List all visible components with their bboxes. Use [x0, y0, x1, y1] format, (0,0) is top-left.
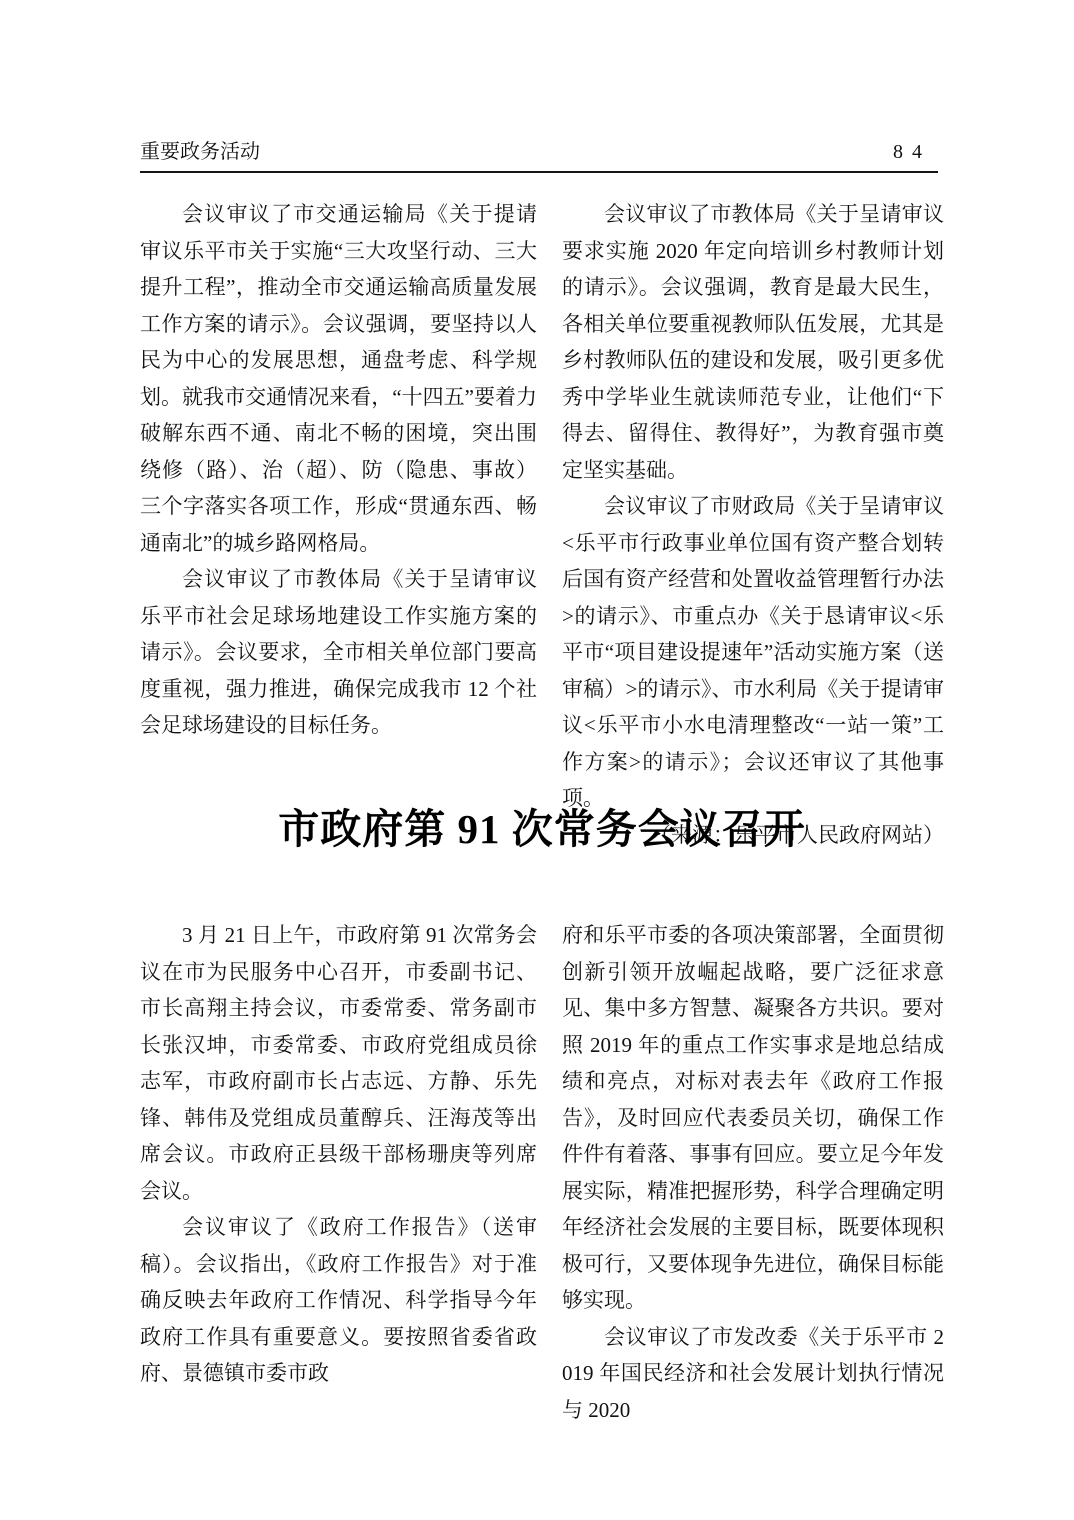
paragraph: 会议审议了市发改委《关于乐平市 2019 年国民经济和社会发展计划执行情况与 2… — [562, 1319, 944, 1429]
paragraph: 会议审议了市教体局《关于呈请审议乐平市社会足球场地建设工作实施方案的请示》。会议… — [140, 561, 537, 744]
body-right-column: 府和乐平市委的各项决策部署，全面贯彻创新引领开放崛起战略，要广泛征求意见、集中多… — [562, 917, 944, 1428]
paragraph: 会议审议了市财政局《关于呈请审议<乐平市行政事业单位国有资产整合划转后国有资产经… — [562, 488, 944, 817]
article-top-columns: 会议审议了市交通运输局《关于提请审议乐平市关于实施“三大攻坚行动、三大提升工程”… — [140, 196, 944, 853]
section-label: 重要政务活动 — [140, 141, 260, 164]
paragraph: 会议审议了市交通运输局《关于提请审议乐平市关于实施“三大攻坚行动、三大提升工程”… — [140, 196, 537, 561]
paragraph: 会议审议了《政府工作报告》（送审稿）。会议指出，《政府工作报告》对于准确反映去年… — [140, 1209, 537, 1392]
paragraph: 3 月 21 日上午，市政府第 91 次常务会议在市为民服务中心召开，市委副书记… — [140, 917, 537, 1209]
body-left-column: 3 月 21 日上午，市政府第 91 次常务会议在市为民服务中心召开，市委副书记… — [140, 917, 537, 1428]
page-header: 重要政务活动 8 4 — [140, 141, 938, 173]
top-right-paragraphs: 会议审议了市教体局《关于呈请审议要求实施 2020 年定向培训乡村教师计划的请示… — [562, 196, 944, 817]
paragraph: 会议审议了市教体局《关于呈请审议要求实施 2020 年定向培训乡村教师计划的请示… — [562, 196, 944, 488]
page-number: 8 4 — [893, 141, 938, 164]
paragraph: 府和乐平市委的各项决策部署，全面贯彻创新引领开放崛起战略，要广泛征求意见、集中多… — [562, 917, 944, 1319]
article-title: 市政府第 91 次常务会议召开 — [140, 801, 944, 857]
top-right-column: 会议审议了市教体局《关于呈请审议要求实施 2020 年定向培训乡村教师计划的请示… — [562, 196, 944, 853]
article-body-columns: 3 月 21 日上午，市政府第 91 次常务会议在市为民服务中心召开，市委副书记… — [140, 917, 944, 1428]
top-left-column: 会议审议了市交通运输局《关于提请审议乐平市关于实施“三大攻坚行动、三大提升工程”… — [140, 196, 537, 853]
